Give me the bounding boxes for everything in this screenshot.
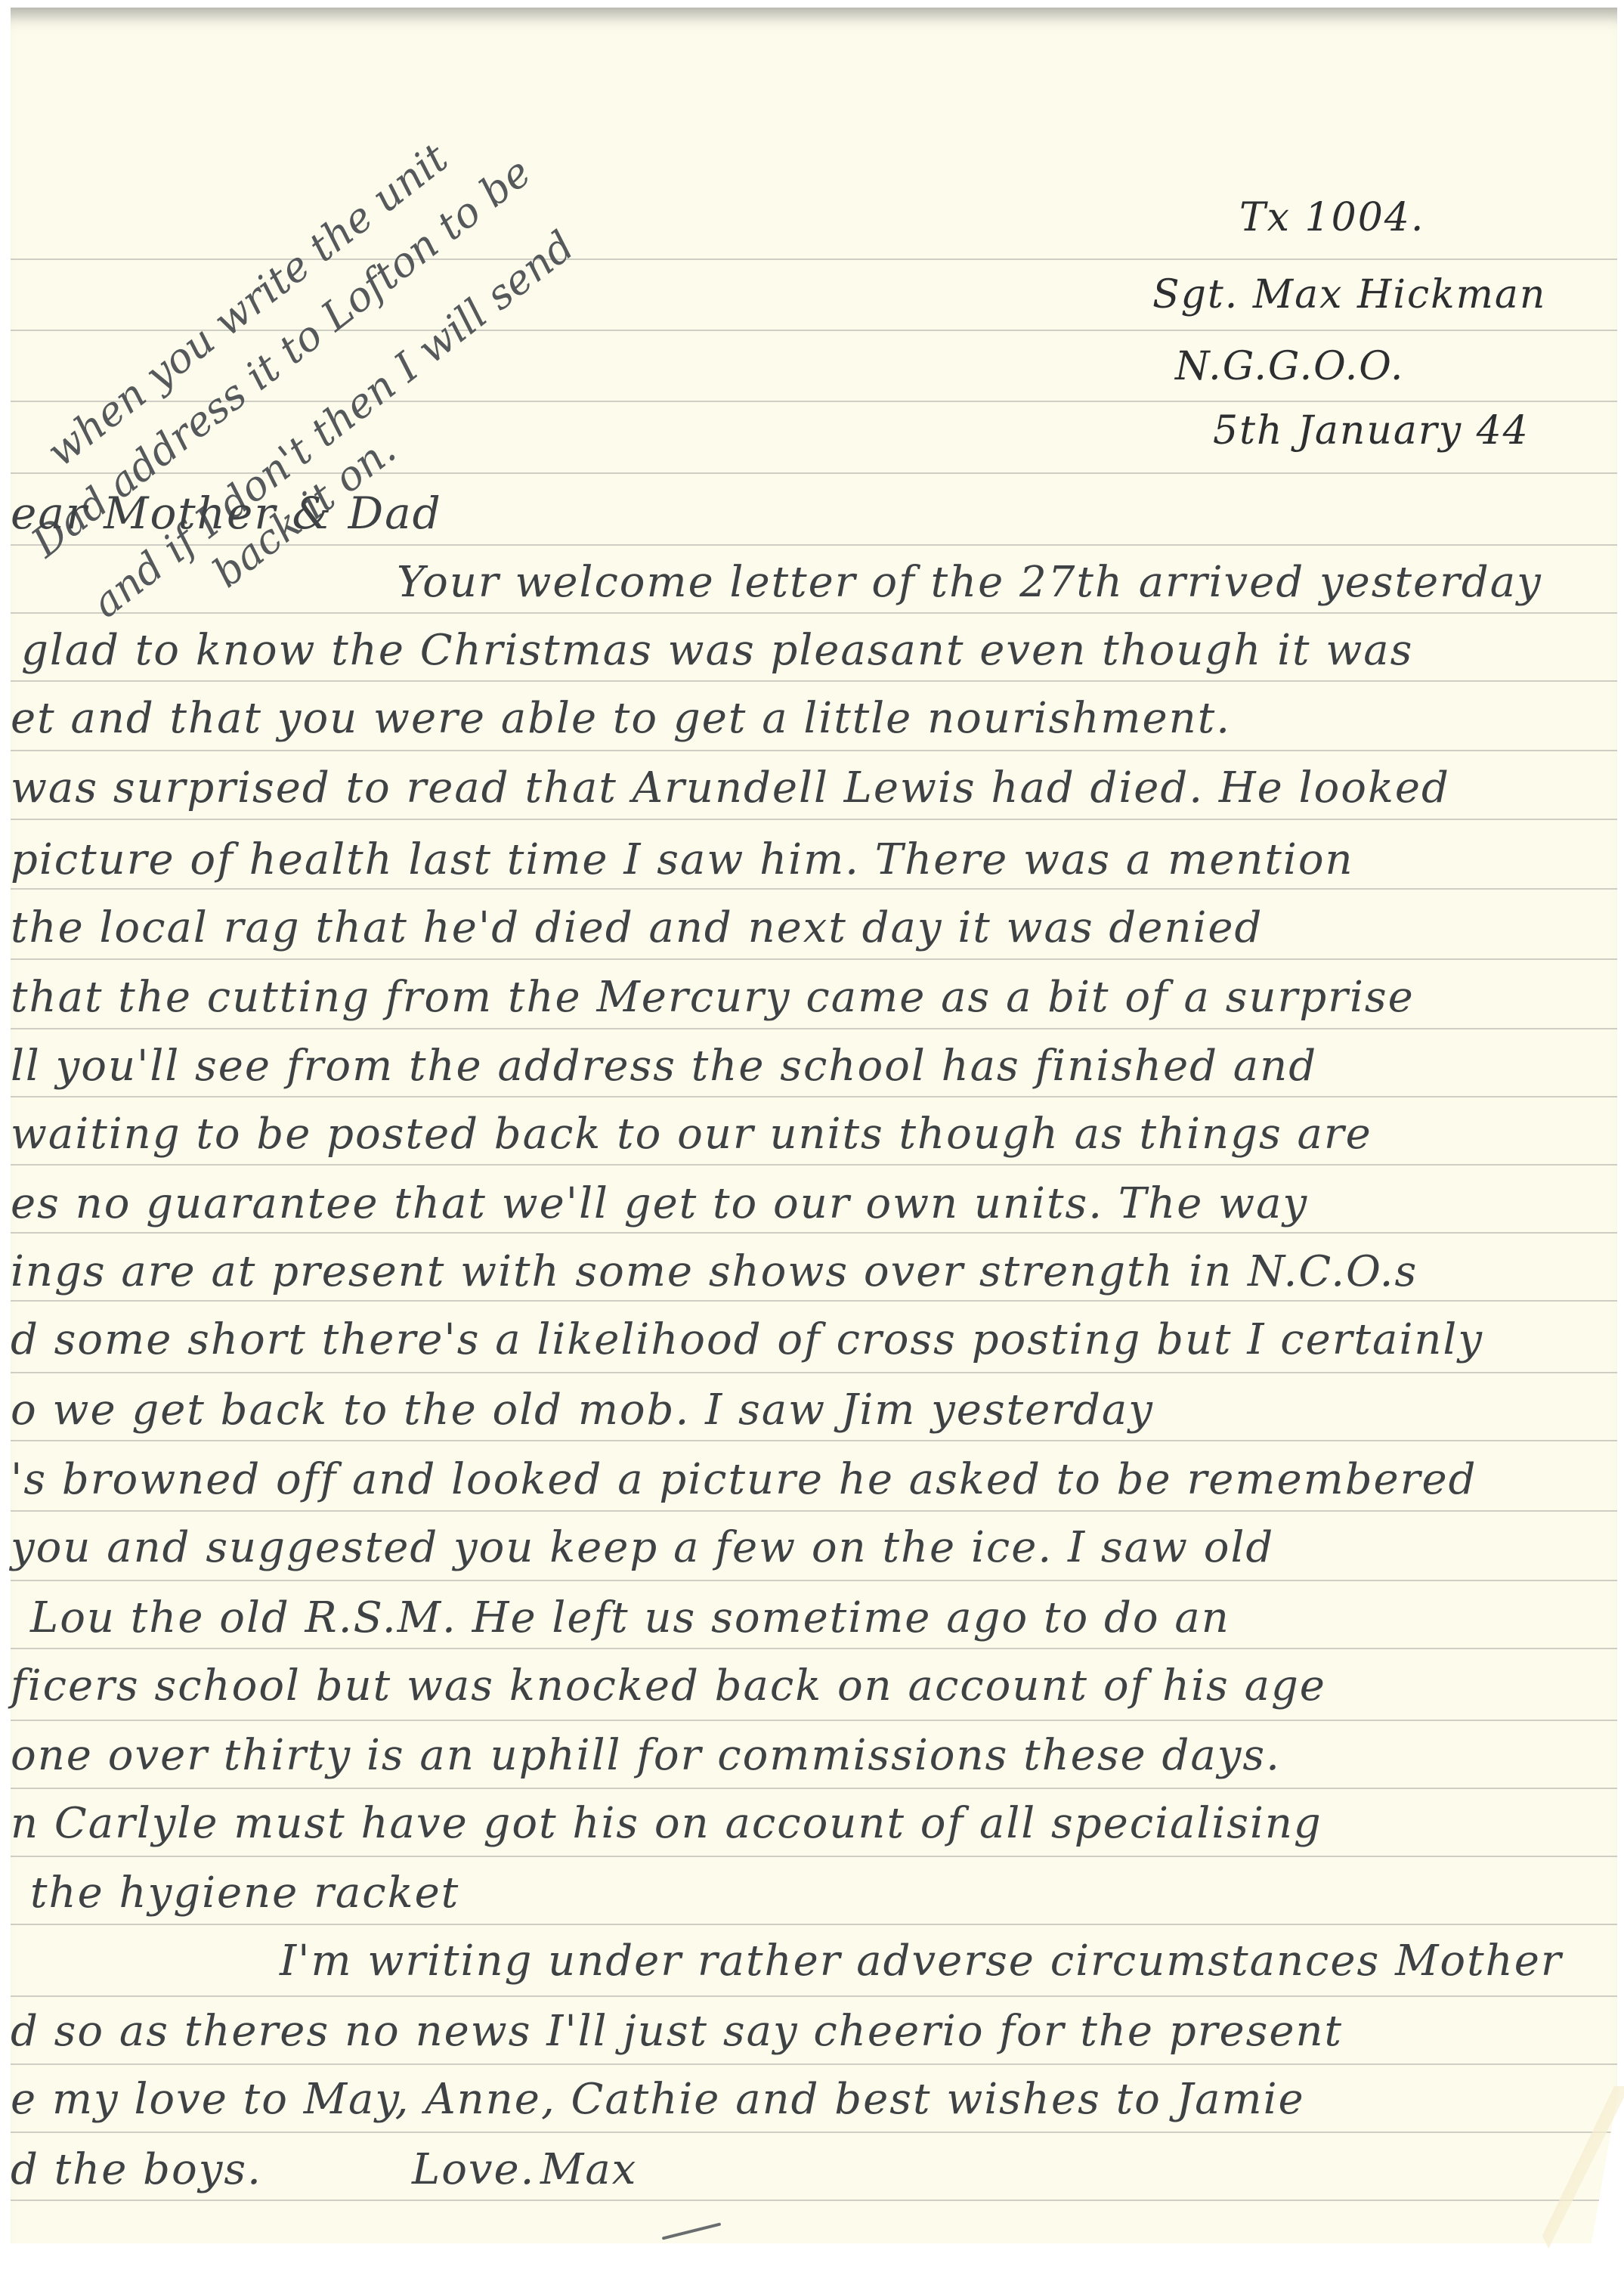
ruled-line xyxy=(11,1440,1617,1441)
ruled-line xyxy=(11,958,1617,960)
body-line: you and suggested you keep a few on the … xyxy=(11,1523,1274,1572)
ruled-line xyxy=(11,1648,1617,1649)
body-line: e my love to May, Anne, Cathie and best … xyxy=(11,2075,1305,2124)
body-line: et and that you were able to get a littl… xyxy=(11,694,1231,743)
letter-date: 5th January 44 xyxy=(1213,408,1530,454)
ruled-line xyxy=(11,1720,1617,1721)
signature: Max xyxy=(540,2145,637,2194)
body-line: 's browned off and looked a picture he a… xyxy=(11,1455,1477,1504)
ruled-line xyxy=(11,1856,1617,1857)
body-line: one over thirty is an uphill for commiss… xyxy=(11,1731,1281,1780)
body-line: d the boys. xyxy=(11,2145,262,2194)
body-line: n Carlyle must have got his on account o… xyxy=(11,1799,1322,1848)
ruled-line xyxy=(11,1164,1617,1166)
ruled-line xyxy=(11,1995,1617,1997)
body-line: waiting to be posted back to our units t… xyxy=(11,1110,1372,1159)
ruled-line xyxy=(11,1788,1617,1789)
ruled-line xyxy=(11,2063,1617,2065)
body-line: glad to know the Christmas was pleasant … xyxy=(21,626,1413,675)
body-line: o we get back to the old mob. I saw Jim … xyxy=(11,1385,1154,1435)
ruled-line xyxy=(11,612,1617,614)
ruled-line xyxy=(11,1232,1617,1234)
margin-note-line: when you write the unit xyxy=(38,134,456,475)
body-line: es no guarantee that we'll get to our ow… xyxy=(11,1179,1308,1228)
body-line: that the cutting from the Mercury came a… xyxy=(11,973,1415,1022)
body-line: ll you'll see from the address the schoo… xyxy=(11,1042,1317,1091)
service-number: Tx 1004. xyxy=(1239,195,1424,240)
body-line: Lou the old R.S.M. He left us sometime a… xyxy=(30,1593,1230,1642)
ruled-line xyxy=(11,680,1617,682)
sender-unit: N.G.G.O.O. xyxy=(1175,344,1404,389)
ruled-line xyxy=(11,1510,1617,1512)
ruled-line xyxy=(11,1580,1617,1581)
ruled-line xyxy=(11,1924,1617,1925)
ruled-line xyxy=(11,1300,1617,1302)
ruled-line xyxy=(11,888,1617,890)
ruled-line xyxy=(11,1372,1617,1373)
body-line: Your welcome letter of the 27th arrived … xyxy=(397,558,1542,607)
closing: Love. xyxy=(412,2145,535,2194)
sender-rank-name: Sgt. Max Hickman xyxy=(1152,272,1546,317)
body-line: I'm writing under rather adverse circums… xyxy=(280,1936,1563,1986)
ruled-line xyxy=(11,819,1617,820)
body-line: d so as theres no news I'll just say che… xyxy=(11,2007,1343,2056)
body-line: picture of health last time I saw him. T… xyxy=(11,835,1354,884)
ruled-line xyxy=(11,750,1617,751)
ruled-line xyxy=(11,2200,1617,2201)
margin-note: when you write the unit Dad address it t… xyxy=(23,45,597,499)
body-line: d some short there's a likelihood of cro… xyxy=(11,1315,1483,1364)
body-line: was surprised to read that Arundell Lewi… xyxy=(11,763,1450,813)
body-line: the hygiene racket xyxy=(30,1868,459,1918)
body-line: the local rag that he'd died and next da… xyxy=(11,903,1263,952)
ruled-line xyxy=(11,1028,1617,1029)
ruled-line xyxy=(11,2131,1617,2133)
ruled-line xyxy=(11,1096,1617,1097)
salutation: ear Mother & Dad xyxy=(11,488,442,539)
body-line: ficers school but was knocked back on ac… xyxy=(11,1661,1326,1710)
body-line: ings are at present with some shows over… xyxy=(11,1247,1418,1296)
